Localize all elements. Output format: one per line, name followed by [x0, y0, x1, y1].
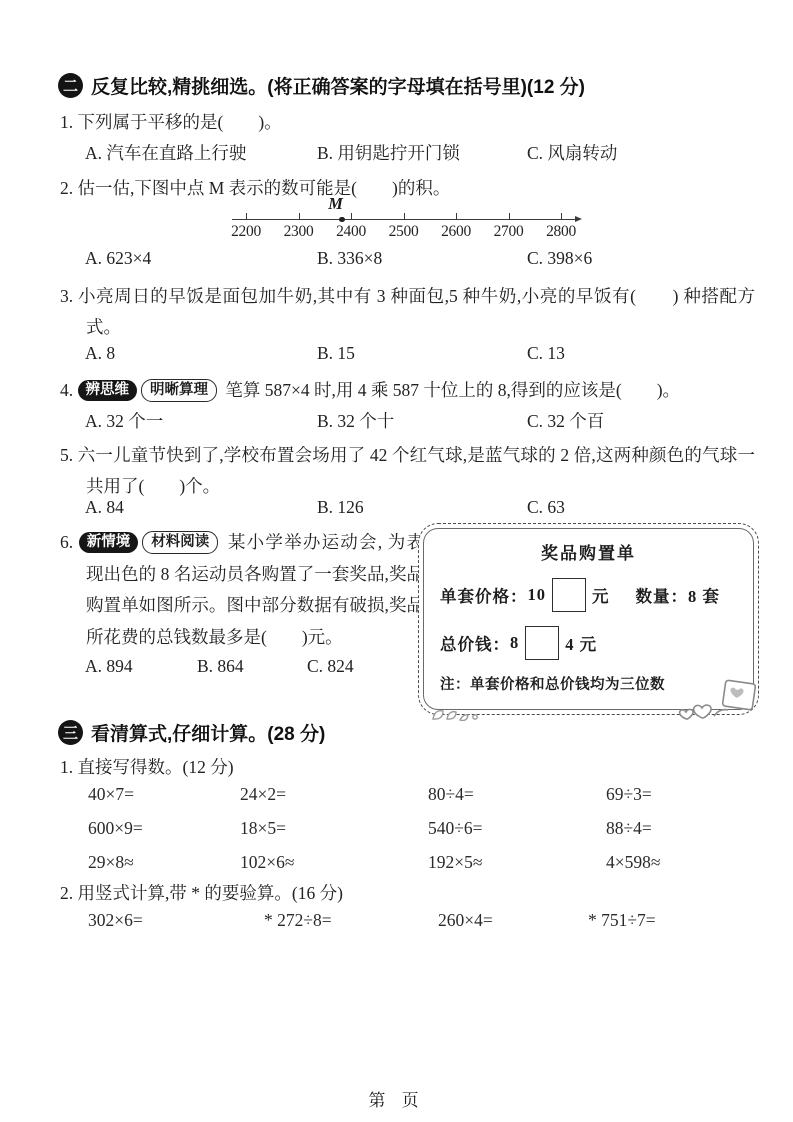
- option-c: C. 32 个百: [527, 408, 760, 433]
- question-5-options: A. 84 B. 126 C. 63: [60, 497, 760, 518]
- tick-mark: [509, 213, 510, 220]
- total-price-row: 总价钱： 8 4 元: [440, 626, 737, 660]
- damaged-digit-box: [525, 626, 559, 660]
- question-2-options: A. 623×4 B. 336×8 C. 398×6: [60, 248, 760, 269]
- vertical-calculation-row: 302×6= * 272÷8= 260×4= * 751÷7=: [88, 910, 768, 931]
- question-6-text: 6. 新情境材料阅读 某小学举办运动会, 为表现出色的 8 名运动员各购置了一套…: [60, 527, 424, 653]
- total-price-label: 总价钱：: [440, 631, 510, 655]
- total-price-first-digit: 8: [510, 633, 519, 653]
- tick-mark: [456, 213, 457, 220]
- calc-expression: 192×5≈: [428, 852, 606, 873]
- calc-expression: 40×7=: [88, 784, 240, 805]
- question-6-options: A. 894 B. 864 C. 824: [60, 656, 424, 677]
- option-c: C. 63: [527, 497, 760, 518]
- section3-header: 三 看清算式,仔细计算。(28 分): [58, 719, 325, 746]
- option-a: A. 894: [85, 656, 197, 677]
- page-footer: 第 页: [0, 1086, 793, 1111]
- option-b: B. 用钥匙拧开门锁: [317, 140, 527, 165]
- option-a: A. 84: [85, 497, 317, 518]
- tick-mark: [561, 213, 562, 220]
- vertical-calculation-title: 2. 用竖式计算,带 * 的要验算。(16 分): [60, 878, 343, 909]
- calc-expression: 18×5=: [240, 818, 428, 839]
- tick-label: 2400: [328, 223, 374, 241]
- calc-expression: 540÷6=: [428, 818, 606, 839]
- tick-label: 2300: [276, 223, 322, 241]
- direct-calculation-grid: 40×7= 24×2= 80÷4= 69÷3= 600×9= 18×5= 540…: [88, 784, 748, 873]
- number-line-arrowhead: [575, 216, 582, 222]
- reasoning-badge: 明晰算理: [141, 379, 217, 402]
- test-paper-page: { "sec2": { "icon": "二", "title": "反复比较,…: [0, 0, 793, 1122]
- tick-mark: [246, 213, 247, 220]
- envelope-heart-doodle: [656, 674, 766, 726]
- question-number: 6.: [60, 532, 73, 552]
- option-c: C. 398×6: [527, 248, 760, 269]
- direct-calculation-title: 1. 直接写得数。(12 分): [60, 752, 234, 783]
- option-a: A. 32 个一: [85, 408, 317, 433]
- quantity-label: 数量：8 套: [636, 583, 720, 607]
- question-body: 笔算 587×4 时,用 4 乘 587 十位上的 8,得到的应该是( )。: [225, 380, 680, 400]
- question-3-text: 3. 小亮周日的早饭是面包加牛奶,其中有 3 种面包,5 种牛奶,小亮的早饭有(…: [60, 281, 755, 343]
- section2-title: 反复比较,精挑细选。(将正确答案的字母填在括号里)(12 分): [91, 72, 585, 99]
- question-1-options: A. 汽车在直路上行驶 B. 用钥匙拧开门锁 C. 风扇转动: [60, 140, 760, 165]
- calc-expression: 69÷3=: [606, 784, 748, 805]
- calc-expression: 88÷4=: [606, 818, 748, 839]
- section3-title: 看清算式,仔细计算。(28 分): [91, 719, 325, 746]
- question-body: 某小学举办运动会, 为表现出色的 8 名运动员各购置了一套奖品,奖品购置单如图所…: [86, 532, 424, 647]
- tick-mark: [299, 213, 300, 220]
- section2-number-icon: 二: [58, 73, 83, 98]
- calc-expression: * 751÷7=: [588, 910, 768, 931]
- unit-price-row: 单套价格： 10 元 数量：8 套: [440, 578, 737, 612]
- point-m-label: M: [328, 194, 343, 214]
- thinking-skill-badge: 辨思维: [78, 380, 138, 401]
- calc-expression: 600×9=: [88, 818, 240, 839]
- option-a: A. 623×4: [85, 248, 317, 269]
- section2-header: 二 反复比较,精挑细选。(将正确答案的字母填在括号里)(12 分): [58, 72, 585, 99]
- question-4-text: 4. 辨思维明晰算理 笔算 587×4 时,用 4 乘 587 十位上的 8,得…: [60, 375, 760, 406]
- number-line-axis: [232, 219, 578, 220]
- tick-label: 2600: [433, 223, 479, 241]
- unit-price-label: 单套价格：: [440, 583, 528, 607]
- calc-expression: 4×598≈: [606, 852, 748, 873]
- option-b: B. 864: [197, 656, 307, 677]
- reading-material-badge: 材料阅读: [142, 531, 218, 554]
- option-a: A. 8: [85, 343, 317, 364]
- option-b: B. 32 个十: [317, 408, 527, 433]
- section3-number-icon: 三: [58, 720, 83, 745]
- option-c: C. 824: [307, 656, 424, 677]
- question-1-text: 1. 下列属于平移的是( )。: [60, 107, 760, 138]
- tick-mark: [404, 213, 405, 220]
- total-price-last-digits: 4 元: [565, 631, 597, 655]
- question-number: 4.: [60, 380, 73, 400]
- option-b: B. 126: [317, 497, 527, 518]
- number-line: M 2200 2300 2400 2500 2600 2700 2800: [232, 195, 582, 251]
- option-b: B. 336×8: [317, 248, 527, 269]
- point-m-dot: [339, 217, 345, 223]
- prize-purchase-card: 奖品购置单 单套价格： 10 元 数量：8 套 总价钱： 8 4 元 注：单套价…: [418, 523, 759, 715]
- option-c: C. 风扇转动: [527, 140, 760, 165]
- calc-expression: 24×2=: [240, 784, 428, 805]
- calc-expression: 29×8≈: [88, 852, 240, 873]
- question-6-block: 6. 新情境材料阅读 某小学举办运动会, 为表现出色的 8 名运动员各购置了一套…: [60, 527, 424, 677]
- question-5-text: 5. 六一儿童节快到了,学校布置会场用了 42 个红气球,是蓝气球的 2 倍,这…: [60, 440, 755, 502]
- calc-expression: 302×6=: [88, 910, 264, 931]
- tick-label: 2700: [486, 223, 532, 241]
- tick-mark: [351, 213, 352, 220]
- calc-expression: 260×4=: [438, 910, 588, 931]
- option-a: A. 汽车在直路上行驶: [85, 140, 317, 165]
- tick-label: 2200: [223, 223, 269, 241]
- unit-price-unit: 元: [592, 583, 610, 607]
- option-c: C. 13: [527, 343, 760, 364]
- calc-expression: 102×6≈: [240, 852, 428, 873]
- tick-label: 2800: [538, 223, 584, 241]
- unit-price-known-digits: 10: [528, 585, 547, 605]
- calc-expression: 80÷4=: [428, 784, 606, 805]
- prize-card-title: 奖品购置单: [440, 539, 737, 564]
- question-4-options: A. 32 个一 B. 32 个十 C. 32 个百: [60, 408, 760, 433]
- calc-expression: * 272÷8=: [264, 910, 438, 931]
- leaf-doodle: [427, 699, 497, 725]
- option-b: B. 15: [317, 343, 527, 364]
- tick-label: 2500: [381, 223, 427, 241]
- new-context-badge: 新情境: [79, 532, 139, 553]
- question-3-options: A. 8 B. 15 C. 13: [60, 343, 760, 364]
- damaged-digit-box: [552, 578, 586, 612]
